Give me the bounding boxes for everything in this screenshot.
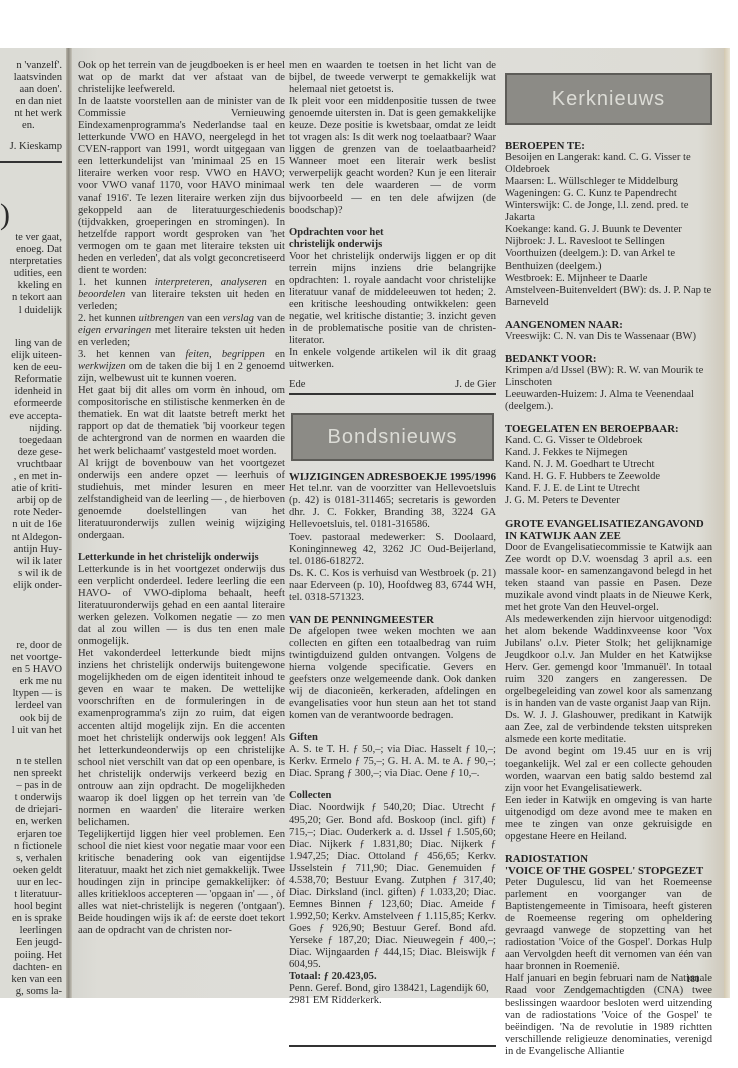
- list-item: Amstelveen-Buitenveldert (BW): ds. J. P.…: [505, 285, 712, 309]
- collecten-list: Diac. Noordwijk ƒ 540,20; Diac. Utrecht …: [289, 802, 496, 971]
- text-line: toegedaan: [0, 435, 62, 447]
- text-line: te ver gaat,: [0, 232, 62, 244]
- text-line: leerlingen: [0, 925, 62, 937]
- text-line: ling van de: [0, 338, 62, 350]
- text-line: laatsvinden: [0, 72, 62, 84]
- divider-rule: [289, 1045, 496, 1047]
- paragraph: Ik pleit voor een middenpositie tussen d…: [289, 96, 496, 216]
- section-heading: Letterkunde in het christelijk onderwijs: [78, 552, 285, 564]
- divider-rule: [0, 161, 62, 163]
- previous-page-fragment: n 'vanzelf'. laatsvinden aan doen'. en d…: [0, 48, 66, 998]
- section-heading: GROTE EVANGELISATIEZANGAVOND: [505, 518, 712, 530]
- paragraph: Het tel.nr. van de voorzitter van Hellev…: [289, 483, 496, 531]
- list-item: Kand. J. Fekkes te Nijmegen: [505, 447, 712, 459]
- author-name: J. de Gier: [455, 379, 496, 391]
- section-heading: RADIOSTATION: [505, 853, 712, 865]
- list-item: Westbroek: E. Mijnheer te Daarle: [505, 273, 712, 285]
- bondsnieuws-banner: Bondsnieuws: [291, 413, 494, 461]
- list-item: Kand. H. G. F. Hubbers te Zeewolde: [505, 471, 712, 483]
- list-item: 2. het kunnen uitbrengen van een verslag…: [78, 313, 285, 349]
- section-heading: IN KATWIJK AAN ZEE: [505, 530, 712, 542]
- text-line: eformeerde: [0, 398, 62, 410]
- section-heading: 'VOICE OF THE GOSPEL' STOPGEZET: [505, 865, 712, 877]
- article-signature: Ede J. de Gier: [289, 379, 496, 395]
- text-line: en is sprake: [0, 913, 62, 925]
- text-line: enoeg. Dat: [0, 244, 62, 256]
- list-item: 3. het kennen van feiten, begrippen en w…: [78, 349, 285, 385]
- text-line: deze gese-: [0, 447, 62, 459]
- section-heading: AANGENOMEN NAAR:: [505, 319, 712, 331]
- page-edge: [724, 48, 730, 998]
- text-line: elijk uiteen-: [0, 350, 62, 362]
- paragraph: Voor het christelijk onderwijs liggen er…: [289, 251, 496, 347]
- text-line: eve accepta-: [0, 411, 62, 423]
- article-column-1: Ook op het terrein van de jeugdboeken is…: [78, 60, 285, 937]
- list-item: Kand. C. G. Visser te Oldebroek: [505, 435, 712, 447]
- list-item: Leeuwarden-Huizem: J. Alma te Veenendaal…: [505, 389, 712, 413]
- list-item: Voorthuizen (deelgem.): D. van Arkel te …: [505, 248, 712, 272]
- text-line: s wil ik de: [0, 568, 62, 580]
- fragment-block-2: ) te ver gaat, enoeg. Dat nterpretaties …: [0, 198, 62, 317]
- text-line: n fictionele: [0, 841, 62, 853]
- text-line: en 5 HAVO: [0, 664, 62, 676]
- kerknieuws-banner: Kerknieuws: [505, 73, 712, 125]
- fragment-block-1: n 'vanzelf'. laatsvinden aan doen'. en d…: [0, 60, 62, 163]
- text-line: n tekort aan: [0, 292, 62, 304]
- list-item: J. G. M. Peters te Deventer: [505, 495, 712, 507]
- text-line: lerdeel van: [0, 700, 62, 712]
- text-line: nijding.: [0, 423, 62, 435]
- list-item: Krimpen a/d IJssel (BW): R. W. van Mouri…: [505, 365, 712, 389]
- subheading-collecten: Collecten: [289, 790, 496, 802]
- text-line: n uit de 16e: [0, 519, 62, 531]
- text-line: ken van een: [0, 974, 62, 986]
- list-item: Koekange: kand. G. J. Buunk te Deventer: [505, 224, 712, 236]
- text-line: kkeling en: [0, 280, 62, 292]
- text-line: antijn Huy-: [0, 544, 62, 556]
- text-line: udities, een: [0, 268, 62, 280]
- paragraph: Door de Evangelisatiecommissie te Katwij…: [505, 542, 712, 614]
- section-heading: BEDANKT VOOR:: [505, 353, 712, 365]
- text-line: t onderwijs: [0, 792, 62, 804]
- text-line: poiing. Het: [0, 950, 62, 962]
- text-line: – pas in de: [0, 780, 62, 792]
- text-line: arbij op de: [0, 495, 62, 507]
- text-line: de driejari-: [0, 804, 62, 816]
- kerknieuws-column: BEROEPEN TE: Besoijen en Langerak: kand.…: [505, 140, 712, 1058]
- text-line: ook bij de: [0, 713, 62, 725]
- fragment-block-4: re, door de net voortge- en 5 HAVO erk m…: [0, 640, 62, 737]
- paragraph: In de laatste voorstellen aan de ministe…: [78, 96, 285, 277]
- text-line: net voortge-: [0, 652, 62, 664]
- paragraph: Peter Dugulescu, lid van het Roemeense p…: [505, 877, 712, 973]
- total-amount: Totaal: ƒ 20.423,05.: [289, 971, 496, 983]
- list-item: Kand. F. J. E. de Lint te Utrecht: [505, 483, 712, 495]
- section-heading: BEROEPEN TE:: [505, 140, 712, 152]
- text-line: vruchtbaar: [0, 459, 62, 471]
- paragraph: Toev. pastoraal medewerker: S. Doolaard,…: [289, 532, 496, 568]
- text-line: en dan niet: [0, 96, 62, 108]
- list-item: Maarsen: L. Wüllschleger te Middelburg: [505, 176, 712, 188]
- paragraph: Ds. K. C. Kos is verhuisd van Westbroek …: [289, 568, 496, 604]
- treasurer-address: Penn. Geref. Bond, giro 138421, Lagendij…: [289, 983, 496, 1007]
- text-line: erk me nu: [0, 676, 62, 688]
- paragraph: Een ieder in Katwijk en omgeving is van …: [505, 795, 712, 843]
- text-line: hool begint: [0, 901, 62, 913]
- page-number: 181: [686, 974, 700, 984]
- text-line: g, soms la-: [0, 986, 62, 998]
- text-line: atie of kriti-: [0, 483, 62, 495]
- paragraph: Als medewerkenden zijn hiervoor uitgenod…: [505, 614, 712, 710]
- paragraph: Het gaat bij dit alles om vorm èn inhoud…: [78, 385, 285, 457]
- paragraph: Ds. W. J. J. Glashouwer, predikant in Ka…: [505, 710, 712, 746]
- fragment-block-3: ling van de elijk uiteen- ken de eeu- Re…: [0, 338, 62, 592]
- paragraph: Tegelijkertijd liggen hier veel probleme…: [78, 829, 285, 937]
- list-item: Winterswijk: C. de Jonge, l.l. zend. pre…: [505, 200, 712, 224]
- section-heading: WIJZIGINGEN ADRESBOEKJE 1995/1996: [289, 471, 496, 483]
- paragraph: Half januari en begin februari nam de Na…: [505, 973, 712, 1057]
- parenthesis-glyph: ): [0, 198, 62, 232]
- text-line: t literatuur-: [0, 889, 62, 901]
- paragraph: De avond begint om 19.45 uur en is vrij …: [505, 746, 712, 794]
- text-line: nt het werk: [0, 108, 62, 120]
- article-column-2: men en waarden te toetsen in het licht v…: [289, 60, 496, 1047]
- list-item: 1. het kunnen interpreteren, analyseren …: [78, 277, 285, 313]
- list-item: Kand. N. J. M. Goedhart te Utrecht: [505, 459, 712, 471]
- text-line: en.: [0, 120, 62, 132]
- list-item: Vreeswijk: C. N. van Dis te Wassenaar (B…: [505, 331, 712, 343]
- text-line: uur en lec-: [0, 877, 62, 889]
- text-line: aan doen'.: [0, 84, 62, 96]
- giften-list: A. S. te T. H. ƒ 50,–; via Diac. Hasselt…: [289, 744, 496, 780]
- text-line: erjaren toe: [0, 829, 62, 841]
- subheading-giften: Giften: [289, 732, 496, 744]
- text-line: Een jeugd-: [0, 937, 62, 949]
- text-line: rote Neder-: [0, 507, 62, 519]
- section-heading: VAN DE PENNINGMEESTER: [289, 614, 496, 626]
- paragraph: De afgelopen twee weken mochten we aan c…: [289, 626, 496, 722]
- text-line: dachten- en: [0, 962, 62, 974]
- section-heading: Opdrachten voor het: [289, 227, 496, 239]
- place-name: Ede: [289, 379, 305, 391]
- fragment-block-5: n te stellen nen spreekt – pas in de t o…: [0, 756, 62, 998]
- paragraph: men en waarden te toetsen in het licht v…: [289, 60, 496, 96]
- text-line: s, verhalen: [0, 853, 62, 865]
- text-line: oeken geldt: [0, 865, 62, 877]
- text-line: ltypen — is: [0, 688, 62, 700]
- text-line: l uit van het: [0, 725, 62, 737]
- text-line: nt Aldegon-: [0, 532, 62, 544]
- text-line: Reformatie: [0, 374, 62, 386]
- list-item: Besoijen en Langerak: kand. C. G. Visser…: [505, 152, 712, 176]
- list-item: Nijbroek: J. L. Ravesloot te Sellingen: [505, 236, 712, 248]
- text-line: n 'vanzelf'.: [0, 60, 62, 72]
- text-line: wil ik later: [0, 556, 62, 568]
- text-line: en, werken: [0, 816, 62, 828]
- author-signature: J. Kieskamp: [0, 141, 62, 153]
- paragraph: Ook op het terrein van de jeugdboeken is…: [78, 60, 285, 96]
- text-line: re, door de: [0, 640, 62, 652]
- text-line: elijk onder-: [0, 580, 62, 592]
- paragraph: Letterkunde is in het voortgezet onderwi…: [78, 564, 285, 648]
- paragraph: Het vakonderdeel letterkunde biedt mijns…: [78, 648, 285, 829]
- text-line: n te stellen: [0, 756, 62, 768]
- text-line: idenheid in: [0, 386, 62, 398]
- list-item: Wageningen: G. C. Kunz te Papendrecht: [505, 188, 712, 200]
- text-line: nen spreekt: [0, 768, 62, 780]
- paragraph: In enkele volgende artikelen wil ik dit …: [289, 347, 496, 371]
- text-line: l duidelijk: [0, 305, 62, 317]
- text-line: ken de eeu-: [0, 362, 62, 374]
- paragraph: Al krijgt de bovenbouw van het voortgeze…: [78, 458, 285, 542]
- section-heading: TOEGELATEN EN BEROEPBAAR:: [505, 423, 712, 435]
- text-line: nterpretaties: [0, 256, 62, 268]
- section-heading: christelijk onderwijs: [289, 239, 496, 251]
- text-line: , en met in-: [0, 471, 62, 483]
